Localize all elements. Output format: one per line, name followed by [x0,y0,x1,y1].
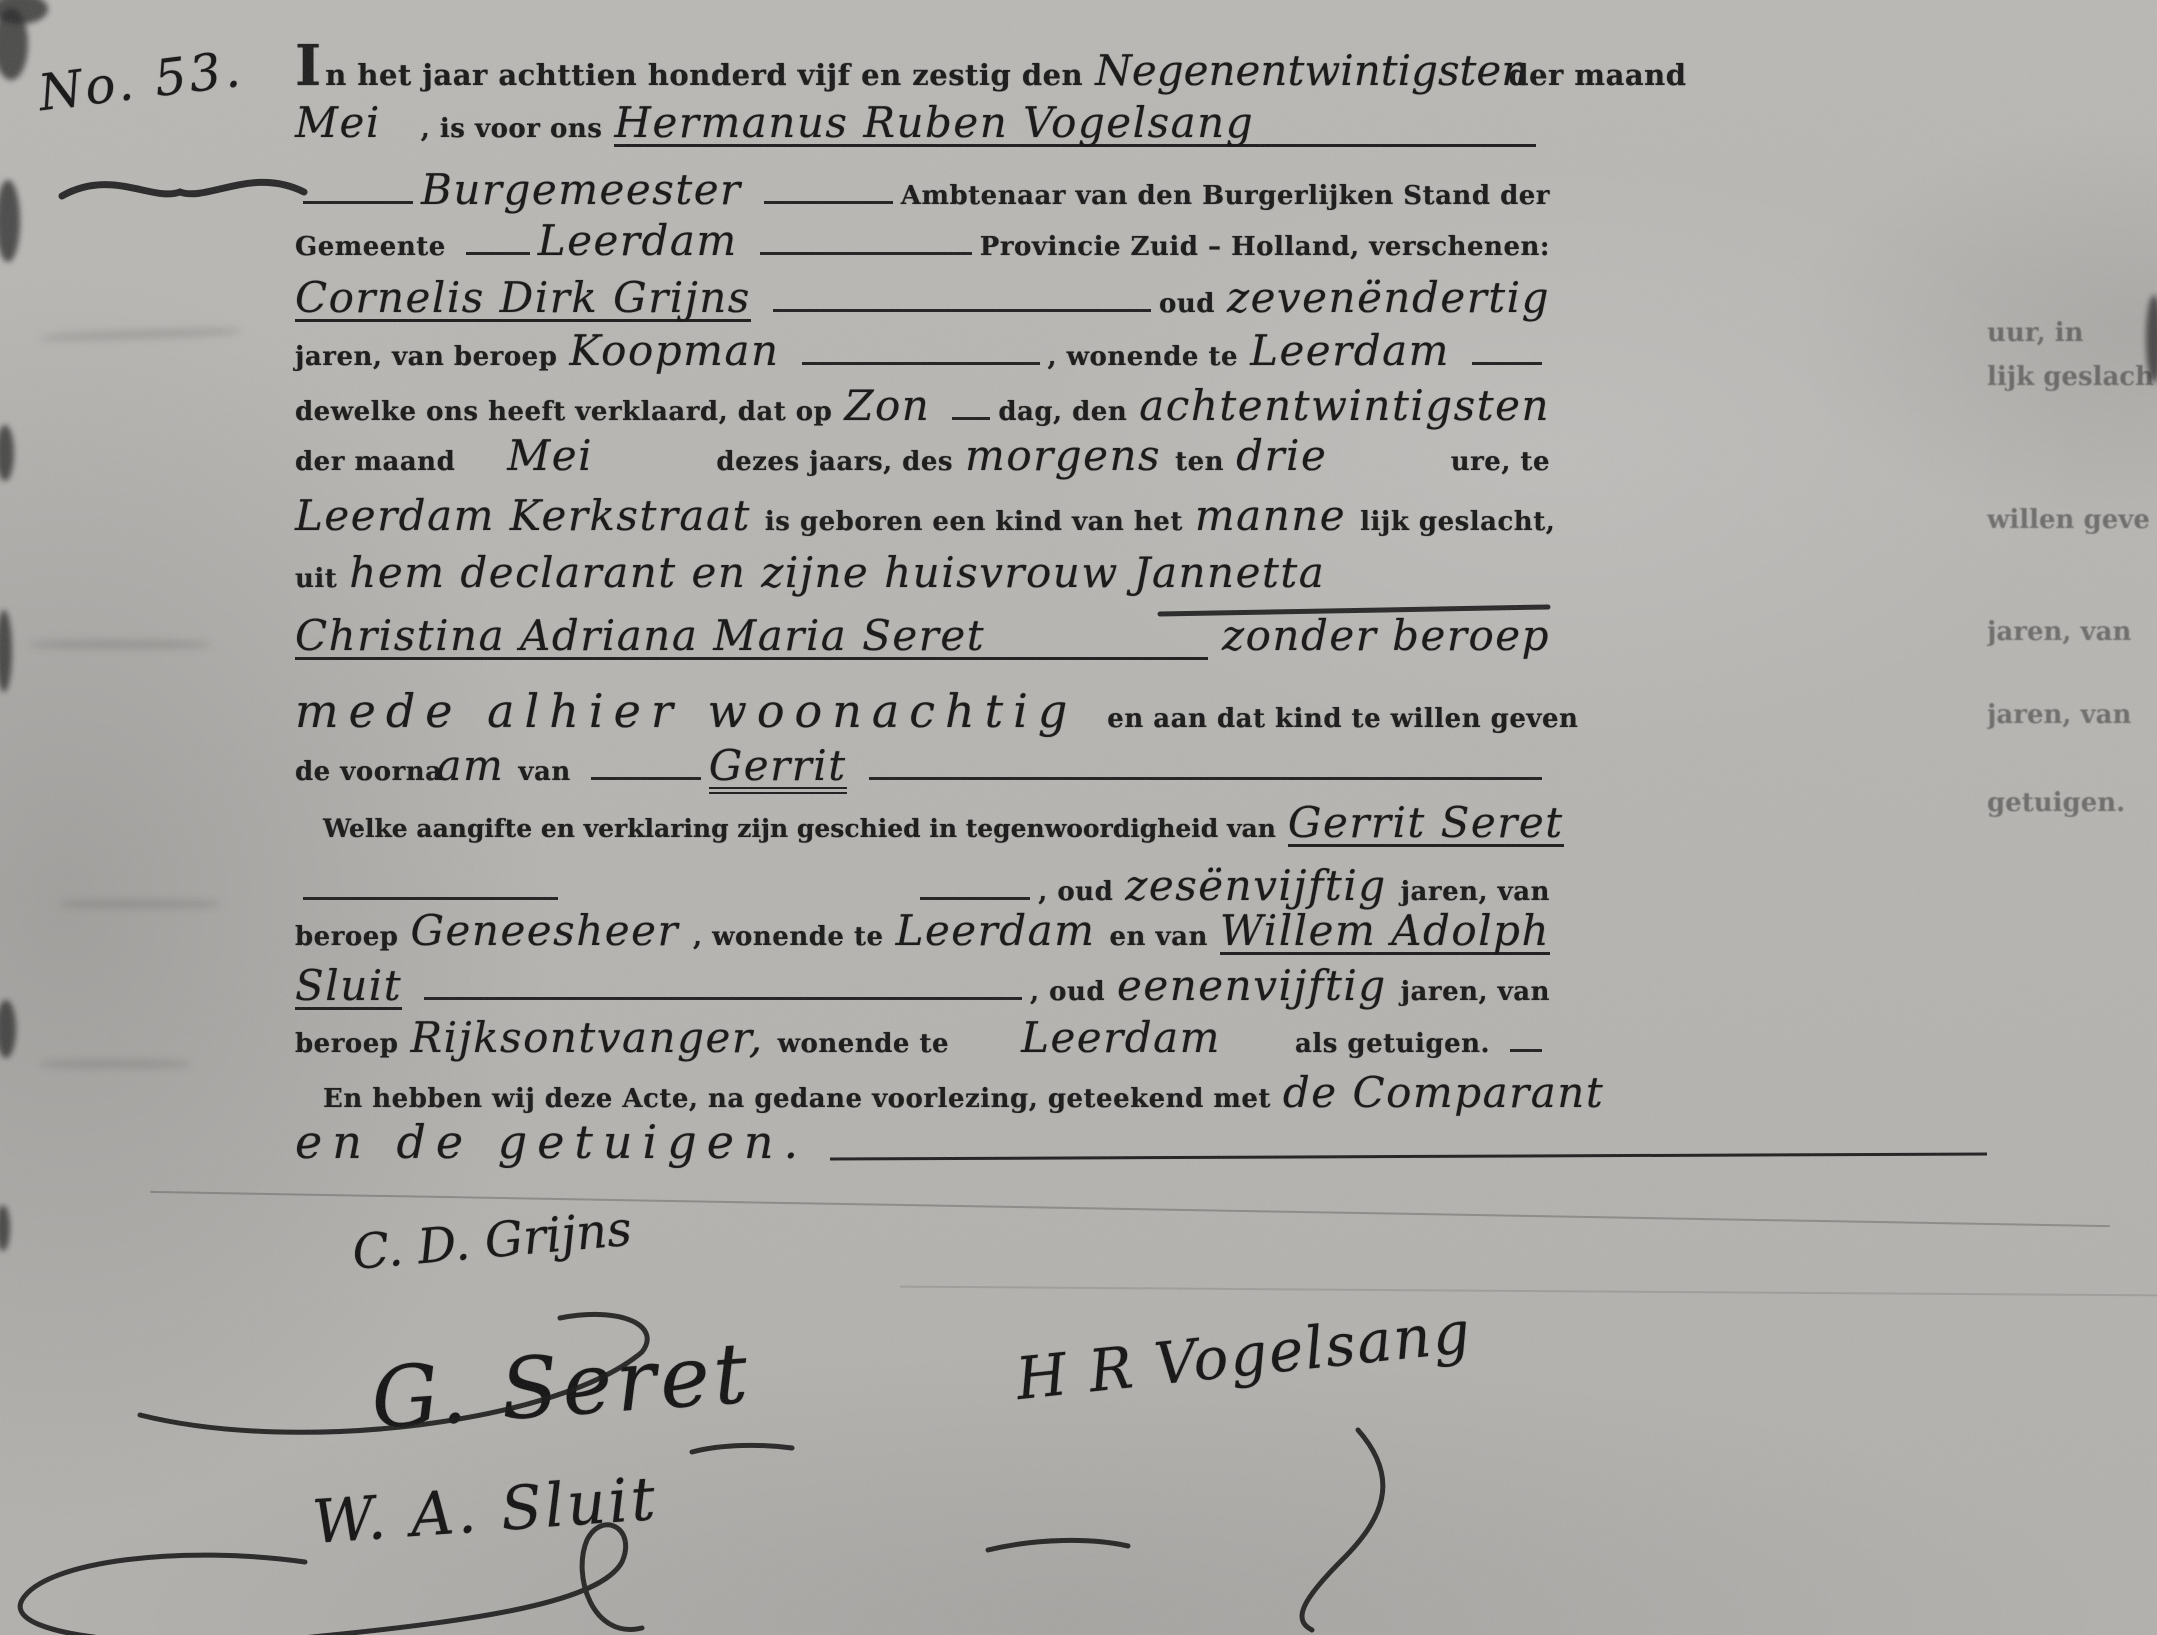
margin-bleed-text: jaren, van [1987,617,2155,647]
printed-text: van [518,757,570,787]
form-line-12: mede alhier woonachtig en aan dat kind t… [295,688,1550,734]
entry-registrar-name: Hermanus Ruben Vogelsang [614,102,1536,147]
blank-rule [303,891,558,900]
printed-text: Provincie Zuid – Holland, verschenen: [980,232,1550,262]
entry-time-of-day: morgens [965,435,1161,477]
entry-mother-occupation: zonder beroep [1222,615,1550,657]
bleed-through-streak [40,327,240,343]
entry-birth-month: Mei [507,435,593,477]
entry-month-of-act: Mei [295,102,381,144]
act-number-flourish [62,182,304,196]
blank-rule [920,891,1030,900]
form-line-10: uit hem declarant en zijne huisvrouw Jan… [295,552,1339,594]
blank-rule [830,1146,1987,1160]
ink-smudge [0,1205,10,1251]
entry-declarant-occupation: Koopman [569,330,779,372]
margin-bleed-text: uur, in [1987,318,2155,348]
printed-text: ten [1175,447,1224,477]
form-line-1: I n het jaar achttien honderd vijf en ze… [295,44,1565,92]
margin-bleed-text: willen geve [1987,505,2155,535]
printed-text: de voorna [295,757,443,787]
scan-line [900,1286,2157,1297]
entry-signed-by-witnesses: en de getuigen. [295,1119,808,1165]
printed-text: jaren, van beroep [295,342,557,372]
blank-rule [760,246,972,255]
printed-text: , wonende te [693,922,884,952]
form-line-13: de voorna am van Gerrit [295,745,1550,794]
entry-birth-hour: drie [1236,435,1327,477]
printed-text: , oud [1038,877,1113,907]
entry-residence-note: mede alhier woonachtig [295,688,1077,734]
printed-text: n het jaar achttien honderd vijf en zest… [325,58,1083,92]
printed-text: en aan dat kind te willen geven [1107,704,1578,734]
entry-registrar-title: Burgemeester [421,169,742,211]
blank-rule [591,771,701,780]
form-line-8: der maand Mei dezes jaars, des morgens t… [295,435,1550,477]
signature-declarant: C. D. Grijns [350,1201,634,1281]
printed-text: Welke aangifte en verklaring zijn geschi… [323,814,1276,843]
entry-parents: hem declarant en zijne huisvrouw Jannett… [349,552,1325,594]
printed-text: beroep [295,922,398,952]
printed-text: der maand [1508,58,1686,92]
printed-text: , is voor ons [421,114,603,144]
ink-smudge [0,425,14,481]
printed-text: , wonende te [1048,342,1239,372]
entry-declarant-name: Cornelis Dirk Grijns [295,277,751,322]
blank-rule [764,195,893,204]
form-line-5: Cornelis Dirk Grijns oud zevenëndertig [295,277,1550,322]
bleed-through-streak [30,640,210,649]
printed-text: En hebben wij deze Acte, na gedane voorl… [323,1084,1271,1114]
entry-birth-place: Leerdam Kerkstraat [295,495,751,537]
form-line-18: beroep Rijksontvanger, wonende te Leerda… [295,1017,1550,1059]
entry-gender: manne [1195,495,1346,537]
printed-text: jaren, van [1401,977,1550,1007]
printed-text: Gemeente [295,232,446,262]
entry-witness1-age: zesënvijftig [1125,865,1386,907]
signature-witness2: W. A. Sluit [310,1464,660,1558]
printed-text: uit [295,564,337,594]
form-line-2: Mei , is voor ons Hermanus Ruben Vogelsa… [295,102,1550,147]
entry-name-suffix: am [437,745,505,787]
act-number: No. 53. [35,40,246,123]
printed-text: en van [1110,922,1208,952]
printed-text: oud [1159,289,1215,319]
signature-flourish [988,1540,1128,1550]
printed-text: dag, den [998,397,1127,427]
entry-witness2-surname: Sluit [295,965,402,1010]
entry-municipality: Leerdam [538,220,738,262]
entry-birth-day: achtentwintigsten [1139,385,1550,427]
form-line-6: jaren, van beroep Koopman , wonende te L… [295,330,1550,372]
birth-certificate-scan: uur, in lijk geslacht. willen geve jaren… [0,0,2157,1635]
entry-witness1-residence: Leerdam [896,910,1096,952]
entry-weekday: Zon [844,385,930,427]
form-line-9: Leerdam Kerkstraat is geboren een kind v… [295,495,1550,537]
margin-bleed-text: jaren, van [1987,700,2155,730]
blank-rule [1472,356,1542,365]
printed-text: dewelke ons heeft verklaard, dat op [295,397,832,427]
form-line-3: Burgemeester Ambtenaar van den Burgerlij… [295,169,1550,211]
entry-child-name: Gerrit [709,745,847,794]
blank-rule [1510,1043,1542,1052]
form-line-19: En hebben wij deze Acte, na gedane voorl… [295,1072,1618,1114]
printed-text: , oud [1030,977,1105,1007]
entry-witness1-name: Gerrit Seret [1288,802,1564,847]
form-line-15: , oud zesënvijftig jaren, van [295,865,1550,907]
form-line-17: Sluit , oud eenenvijftig jaren, van [295,965,1550,1010]
bleed-through-streak [40,1060,190,1068]
form-line-20: en de getuigen. [295,1119,1995,1165]
printed-text: ure, te [1451,447,1550,477]
printed-dropcap: I [295,44,321,89]
blank-rule [869,771,1542,780]
entry-witness1-occupation: Geneesheer [410,910,679,952]
form-line-11: Christina Adriana Maria Seret zonder ber… [295,615,1550,660]
blank-rule [466,246,530,255]
entry-day-of-act: Negenentwintigsten [1095,50,1528,92]
printed-text: is geboren een kind van het [765,507,1183,537]
form-line-7: dewelke ons heeft verklaard, dat op Zon … [295,385,1550,427]
entry-signed-by: de Comparant [1283,1072,1604,1114]
printed-text: als getuigen. [1295,1029,1490,1059]
printed-text: beroep [295,1029,398,1059]
entry-mother-name: Christina Adriana Maria Seret [295,615,1208,660]
printed-text: wonende te [778,1029,949,1059]
blank-rule [773,303,1151,312]
ink-smudge [0,180,20,262]
entry-declarant-age: zevenëndertig [1227,277,1550,319]
margin-bleed-text: getuigen. [1987,788,2155,818]
signature-registrar: H R Vogelsang [1013,1298,1475,1413]
ink-smudge [0,610,12,692]
blank-rule [802,356,1040,365]
signature-witness1: G. Seret [368,1324,754,1448]
ink-smudge [0,1000,16,1058]
printed-text: der maand [295,447,455,477]
printed-text: dezes jaars, des [716,447,953,477]
blank-rule [424,991,1022,1000]
form-line-14: Welke aangifte en verklaring zijn geschi… [295,802,1550,847]
signature-flourish [692,1445,792,1452]
form-line-4: Gemeente Leerdam Provincie Zuid – Hollan… [295,220,1550,262]
printed-text: jaren, van [1401,877,1550,907]
entry-witness2-age: eenenvijftig [1117,965,1387,1007]
bleed-through-streak [60,900,220,908]
entry-witness2-residence: Leerdam [1021,1017,1221,1059]
form-line-16: beroep Geneesheer , wonende te Leerdam e… [295,910,1550,955]
entry-witness2-occupation: Rijksontvanger, [410,1017,763,1059]
printed-text: Ambtenaar van den Burgerlijken Stand der [901,181,1550,211]
entry-declarant-residence: Leerdam [1250,330,1450,372]
margin-bleed-text: lijk geslacht. [1987,362,2155,392]
signature-flourish [1302,1430,1383,1630]
blank-rule [303,195,413,204]
printed-text: lijk geslacht, [1360,507,1555,537]
entry-witness2-name: Willem Adolph [1220,910,1550,955]
blank-rule [952,411,990,420]
